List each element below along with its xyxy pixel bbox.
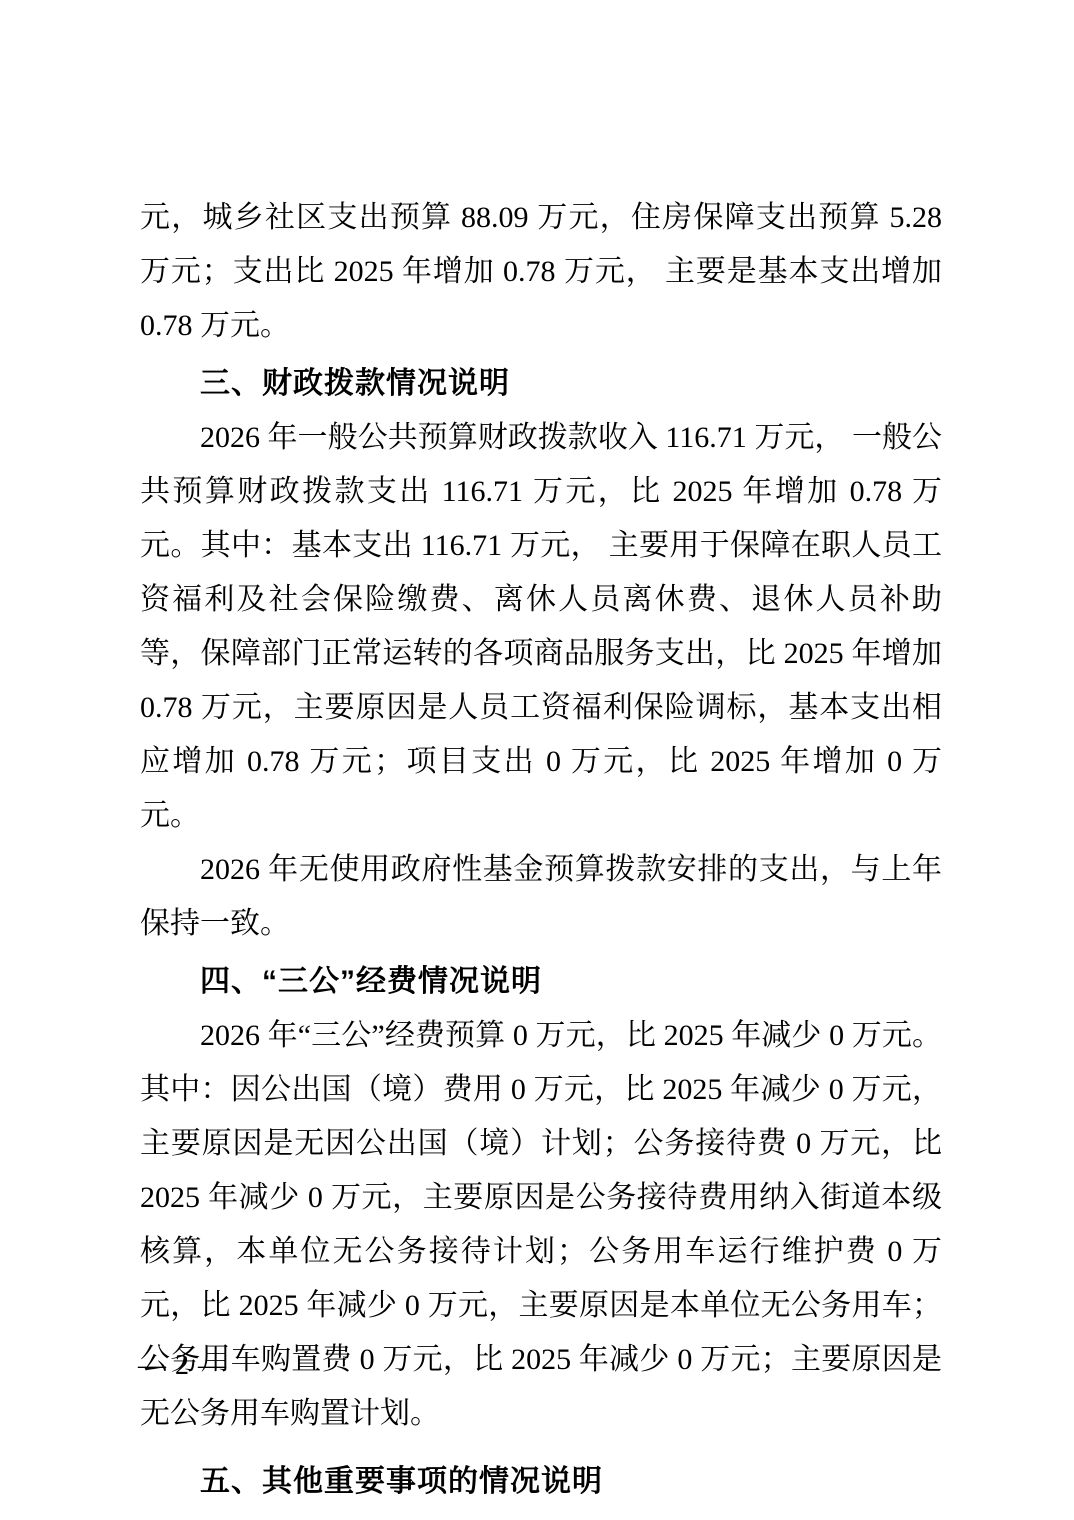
paragraph-government-fund: 2026 年无使用政府性基金预算拨款安排的支出，与上年保持一致。 (140, 843, 942, 951)
paragraph-three-public-expenses-detail: 2026 年“三公”经费预算 0 万元，比 2025 年减少 0 万元。其中：因… (140, 1009, 942, 1441)
document-page: 元，城乡社区支出预算 88.09 万元，住房保障支出预算 5.28 万元；支出比… (0, 0, 1074, 1520)
paragraph-fiscal-allocation-detail: 2026 年一般公共预算财政拨款收入 116.71 万元， 一般公共预算财政拨款… (140, 411, 942, 843)
page-number: — 2 — (138, 1349, 227, 1383)
section-heading-fiscal-allocation: 三、财政拨款情况说明 (140, 357, 942, 411)
section-heading-other-important-matters: 五、其他重要事项的情况说明 (140, 1455, 942, 1509)
section-heading-three-public-expenses: 四、“三公”经费情况说明 (140, 955, 942, 1009)
paragraph-budget-continuation: 元，城乡社区支出预算 88.09 万元，住房保障支出预算 5.28 万元；支出比… (140, 191, 942, 353)
document-body: 元，城乡社区支出预算 88.09 万元，住房保障支出预算 5.28 万元；支出比… (140, 191, 942, 1509)
